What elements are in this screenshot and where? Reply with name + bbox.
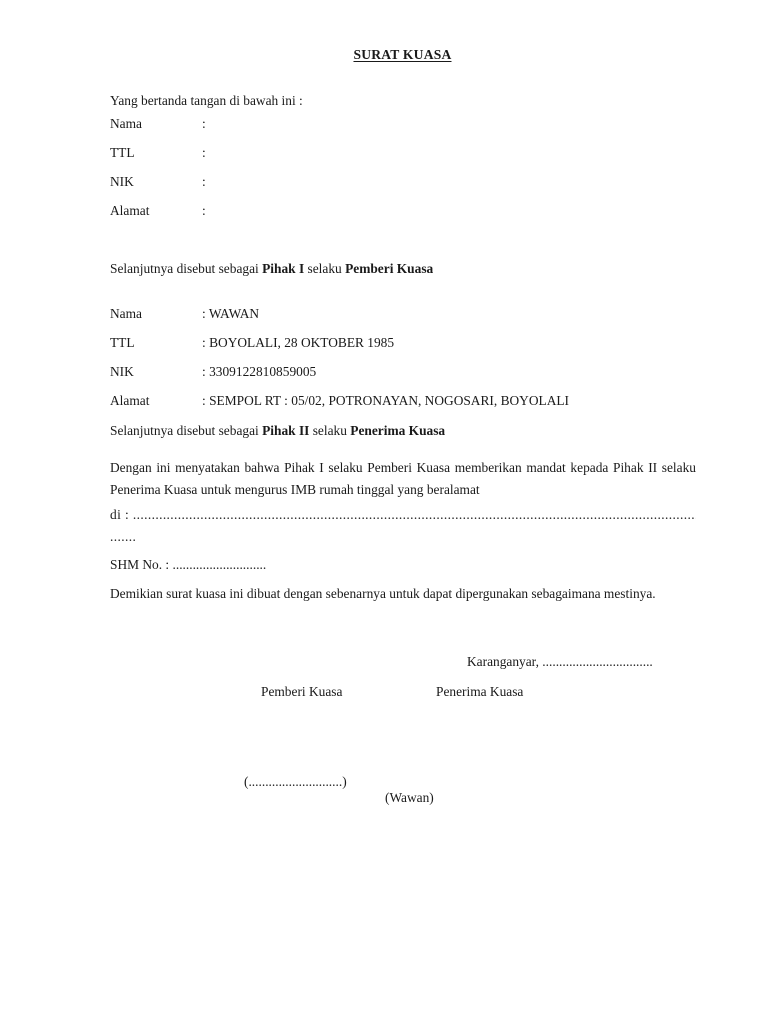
document-title: SURAT KUASA [0, 48, 768, 62]
mandate-paragraph: Dengan ini menyatakan bahwa Pihak I sela… [110, 457, 696, 501]
shm-number-line: SHM No. : ............................ [110, 558, 266, 571]
giver-signature-label: Pemberi Kuasa [261, 685, 342, 698]
address-line: di : ...................................… [110, 508, 696, 521]
party2-title: Penerima Kuasa [350, 423, 445, 438]
party2-nama-value: : WAWAN [202, 307, 259, 320]
party1-statement-prefix: Selanjutnya disebut sebagai [110, 261, 262, 276]
party2-alamat-label: Alamat [110, 394, 149, 407]
giver-signature-name: (............................) [244, 775, 347, 788]
party2-statement: Selanjutnya disebut sebagai Pihak II sel… [110, 424, 445, 437]
receiver-signature-label: Penerima Kuasa [436, 685, 523, 698]
party1-nik-colon: : [202, 175, 206, 188]
party2-nik-value: : 3309122810859005 [202, 365, 316, 378]
place-date: Karanganyar, ...........................… [467, 655, 653, 668]
party2-ttl-label: TTL [110, 336, 135, 349]
party1-nama-colon: : [202, 117, 206, 130]
party2-nama-label: Nama [110, 307, 142, 320]
party1-ttl-label: TTL [110, 146, 135, 159]
party2-nik-label: NIK [110, 365, 134, 378]
party1-statement-middle: selaku [304, 261, 345, 276]
party2-statement-prefix: Selanjutnya disebut sebagai [110, 423, 262, 438]
party1-title: Pemberi Kuasa [345, 261, 433, 276]
closing-paragraph: Demikian surat kuasa ini dibuat dengan s… [110, 583, 696, 605]
party2-role: Pihak II [262, 423, 309, 438]
receiver-signature-name: (Wawan) [385, 791, 434, 804]
party2-statement-middle: selaku [309, 423, 350, 438]
party2-nama: WAWAN [209, 306, 259, 321]
party1-ttl-colon: : [202, 146, 206, 159]
party1-statement: Selanjutnya disebut sebagai Pihak I sela… [110, 262, 433, 275]
party2-ttl-value: : BOYOLALI, 28 OKTOBER 1985 [202, 336, 394, 349]
intro-text: Yang bertanda tangan di bawah ini : [110, 94, 303, 107]
party1-nik-label: NIK [110, 175, 134, 188]
party1-alamat-label: Alamat [110, 204, 149, 217]
party2-alamat-value: : SEMPOL RT : 05/02, POTRONAYAN, NOGOSAR… [202, 394, 569, 407]
address-continuation: ....... [110, 530, 136, 543]
party1-role: Pihak I [262, 261, 304, 276]
party2-ttl: BOYOLALI, 28 OKTOBER 1985 [209, 335, 394, 350]
party2-nik: 3309122810859005 [209, 364, 316, 379]
party1-nama-label: Nama [110, 117, 142, 130]
party1-alamat-colon: : [202, 204, 206, 217]
party2-alamat: SEMPOL RT : 05/02, POTRONAYAN, NOGOSARI,… [209, 393, 569, 408]
